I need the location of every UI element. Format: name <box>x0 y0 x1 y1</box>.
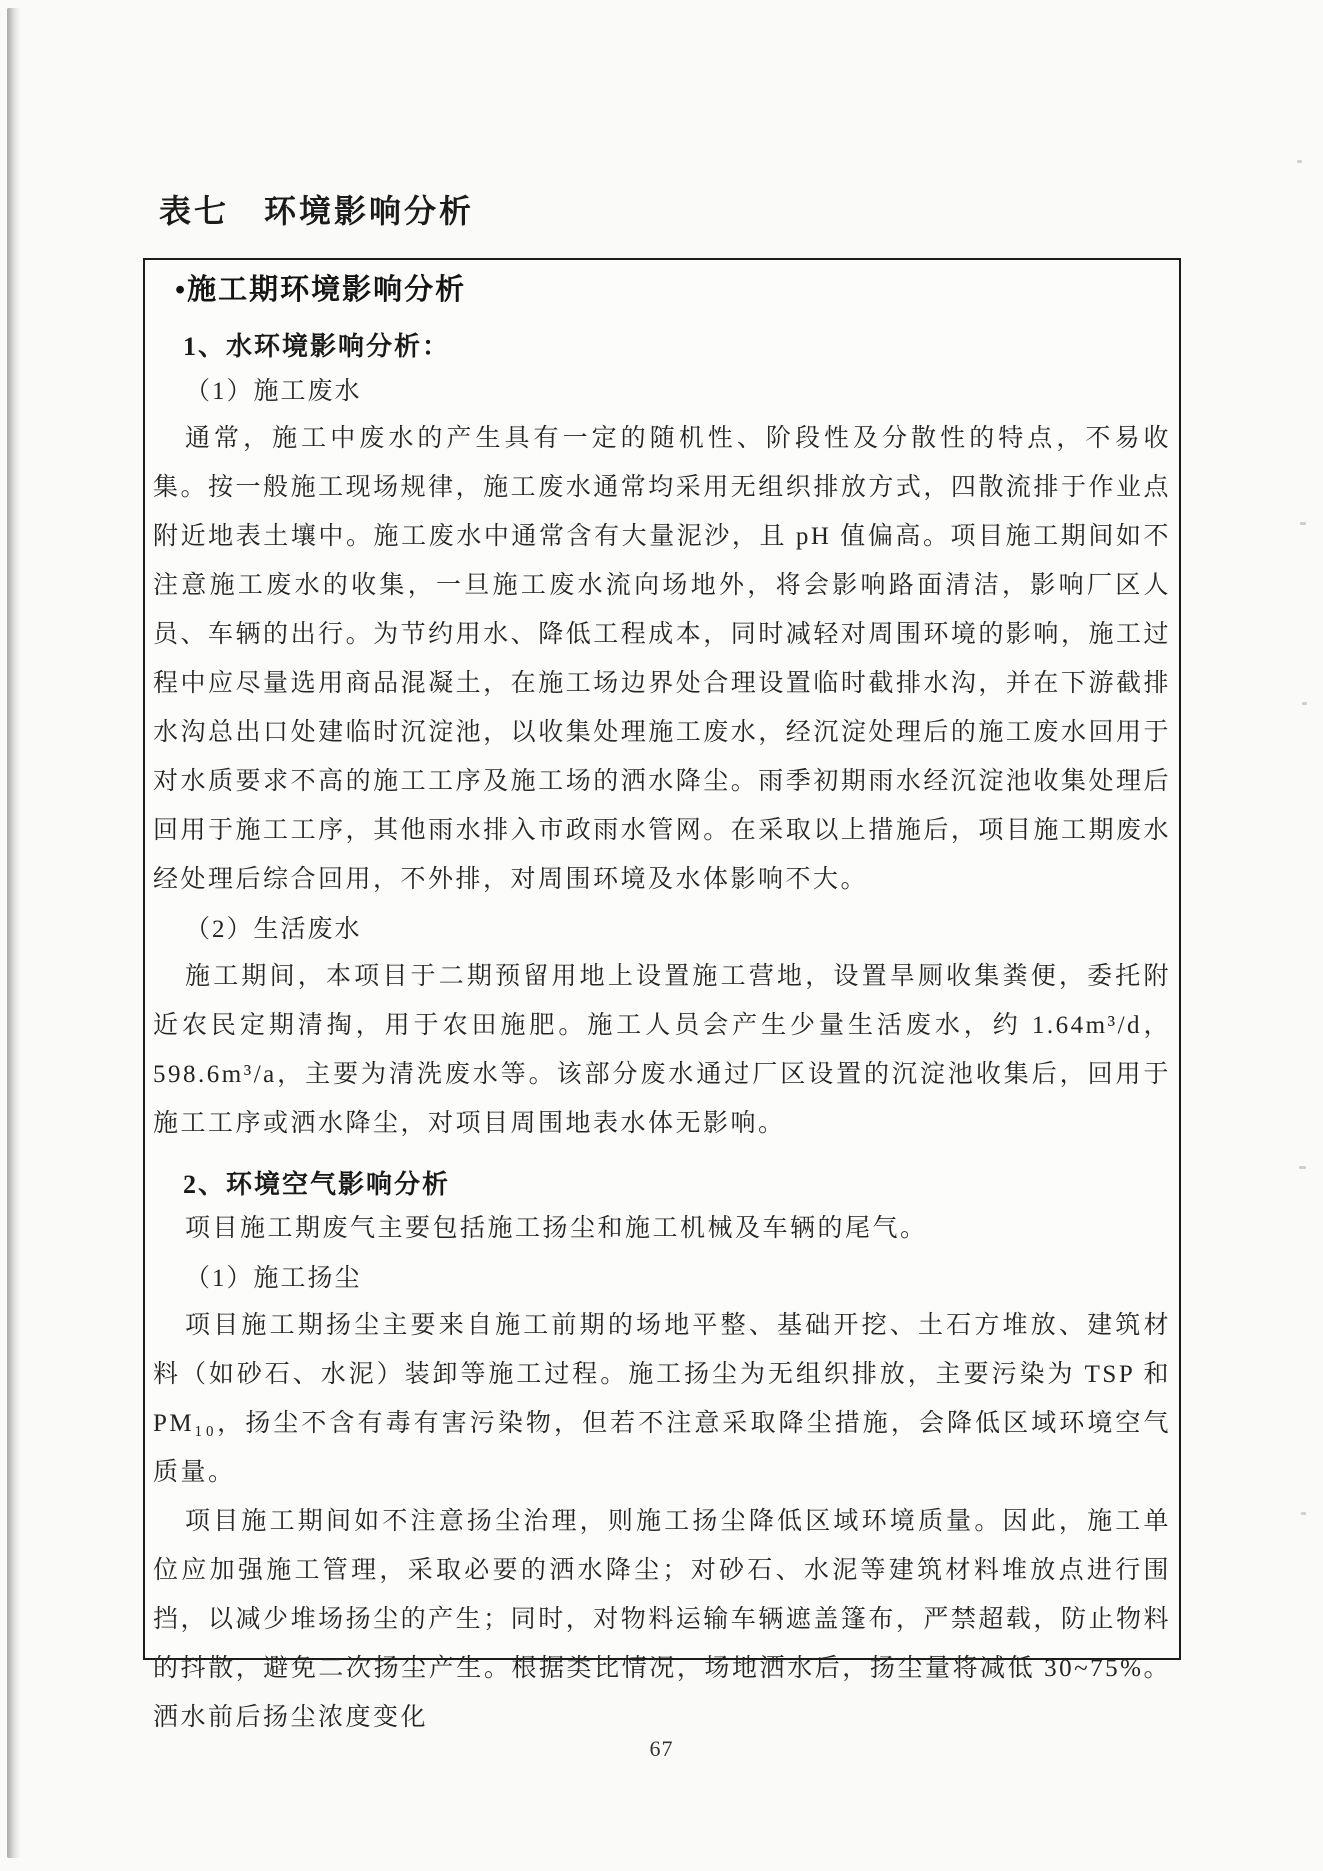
scan-speckle <box>1301 1512 1306 1515</box>
scan-speckle <box>1297 160 1302 163</box>
body-paragraph: 通常，施工中废水的产生具有一定的随机性、阶段性及分散性的特点，不易收集。按一般施… <box>153 414 1171 904</box>
page-title: 表七 环境影响分析 <box>159 186 474 232</box>
subsection-construction-dust: （1）施工扬尘 <box>185 1257 1171 1301</box>
body-paragraph: 项目施工期扬尘主要来自施工前期的场地平整、基础开挖、土石方堆放、建筑材料（如砂石… <box>153 1301 1171 1497</box>
report-table-cell: •施工期环境影响分析 1、水环境影响分析： （1）施工废水 通常，施工中废水的产… <box>143 258 1181 1660</box>
section-heading-water: 1、水环境影响分析： <box>183 328 1171 366</box>
scan-speckle <box>1299 1166 1306 1169</box>
subsection-construction-wastewater: （1）施工废水 <box>185 370 1171 414</box>
body-paragraph: 项目施工期废气主要包括施工扬尘和施工机械及车辆的尾气。 <box>153 1204 1171 1253</box>
box-header: •施工期环境影响分析 <box>175 270 1171 310</box>
scan-edge-shadow <box>7 8 21 1858</box>
page-number: 67 <box>0 1736 1323 1762</box>
scan-speckle <box>1300 522 1306 525</box>
subsection-domestic-wastewater: （2）生活废水 <box>185 908 1171 952</box>
body-paragraph: 项目施工期间如不注意扬尘治理，则施工扬尘降低区域环境质量。因此，施工单位应加强施… <box>153 1497 1171 1742</box>
body-paragraph: 施工期间，本项目于二期预留用地上设置施工营地，设置旱厕收集粪便，委托附近农民定期… <box>153 952 1171 1148</box>
section-heading-air: 2、环境空气影响分析 <box>183 1166 1171 1204</box>
scan-speckle <box>1302 702 1307 705</box>
